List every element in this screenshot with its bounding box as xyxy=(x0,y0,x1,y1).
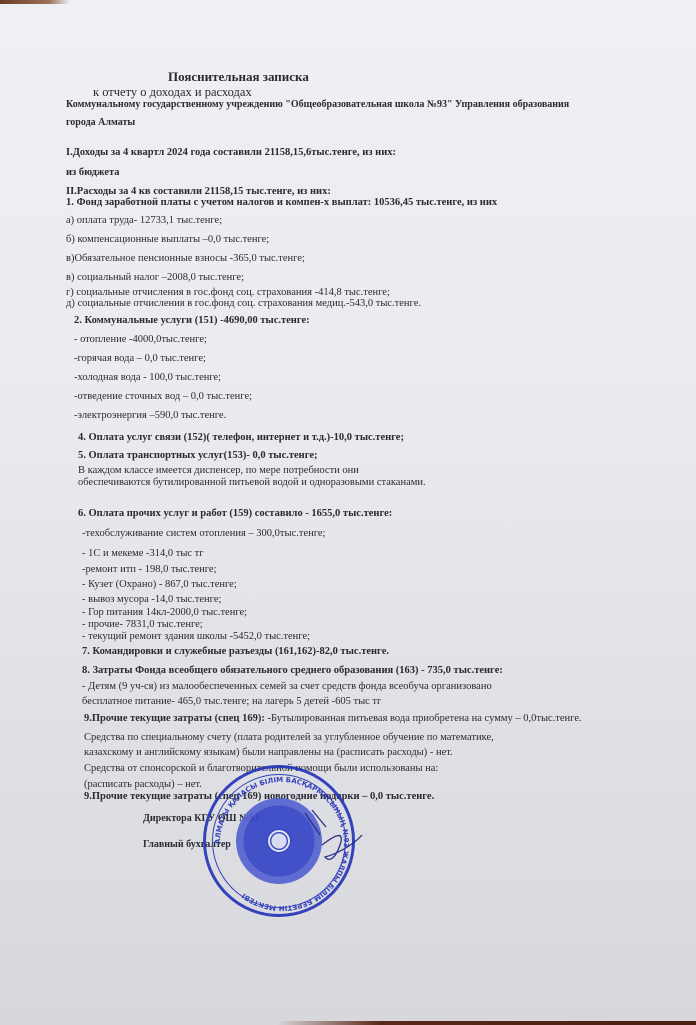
document-line: 8. Затраты Фонда всеобщего обязательного… xyxy=(82,664,503,677)
document-line: казахскому и английскому языкам) были на… xyxy=(84,746,453,759)
document-line: - Кузет (Охрано) - 867,0 тыс.тенге; xyxy=(82,578,237,591)
document-line: 9.Прочие текущие затраты (спец 169): -Бу… xyxy=(84,712,582,725)
document-title: Пояснительная записка xyxy=(168,70,309,83)
organization-line-2: города Алматы xyxy=(66,116,135,129)
document-line: обеспечиваются бутилированной питьевой в… xyxy=(78,476,426,489)
document-line: -отведение сточных вод – 0,0 тыс.тенге; xyxy=(74,390,252,403)
document-line: д) социальные отчисления в гос.фонд соц.… xyxy=(66,297,421,310)
document-line: I.Доходы за 4 квартл 2024 года составили… xyxy=(66,146,396,159)
document-line: - текущий ремонт здания школы -5452,0 ты… xyxy=(82,630,310,643)
table-edge-top xyxy=(0,0,70,4)
table-edge-bottom xyxy=(276,1021,696,1025)
document-line: из бюджета xyxy=(66,166,120,179)
document-line: - вывоз мусора -14,0 тыс.тенге; xyxy=(82,593,221,606)
document-line: б) компенсационные выплаты –0,0 тыс.тенг… xyxy=(66,233,269,246)
document-line: -техобслуживание систем отопления – 300,… xyxy=(82,527,325,540)
document-line: - 1С и мекеме -314,0 тыс тг xyxy=(82,547,204,560)
document-line: 7. Командировки и служебные разъезды (16… xyxy=(82,645,389,658)
document-line: - Детям (9 уч-ся) из малообеспеченных се… xyxy=(82,680,492,693)
document-line: 2. Коммунальные услуги (151) -4690,00 ты… xyxy=(74,314,310,327)
line-detail: -Бутылированная питьевая вода приобретен… xyxy=(265,713,582,724)
document-line: -электроэнергия –590,0 тыс.тенге. xyxy=(74,409,226,422)
signature-mark xyxy=(300,805,370,875)
emblem-center-icon xyxy=(268,830,290,852)
document-line: 1. Фонд заработной платы с учетом налого… xyxy=(66,196,497,209)
document-line: бесплатное питание- 465,0 тыс.тенге; на … xyxy=(82,695,381,708)
document-line: в) социальный налог –2008,0 тыс.тенге; xyxy=(66,271,244,284)
document-line: -ремонт итп - 198,0 тыс.тенге; xyxy=(82,563,217,576)
document-page: Пояснительная записка к отчету о доходах… xyxy=(0,0,696,1025)
document-line: в)Обязательное пенсионные взносы -365,0 … xyxy=(66,252,305,265)
organization-line-1: Коммунальному государственному учреждени… xyxy=(66,98,569,111)
document-line: -холодная вода - 100,0 тыс.тенге; xyxy=(74,371,221,384)
line-heading: 9.Прочие текущие затраты (спец 169): xyxy=(84,713,265,724)
document-line: 6. Оплата прочих услуг и работ (159) сос… xyxy=(78,507,392,520)
document-line: 5. Оплата транспортных услуг(153)- 0,0 т… xyxy=(78,449,318,462)
document-line: -горячая вода – 0,0 тыс.тенге; xyxy=(74,352,206,365)
document-line: 4. Оплата услуг связи (152)( телефон, ин… xyxy=(78,431,404,444)
document-line: - отопление -4000,0тыс.тенге; xyxy=(74,333,207,346)
document-line: а) оплата труда- 12733,1 тыс.тенге; xyxy=(66,214,222,227)
document-line: Средства по специальному счету (плата ро… xyxy=(84,731,494,744)
